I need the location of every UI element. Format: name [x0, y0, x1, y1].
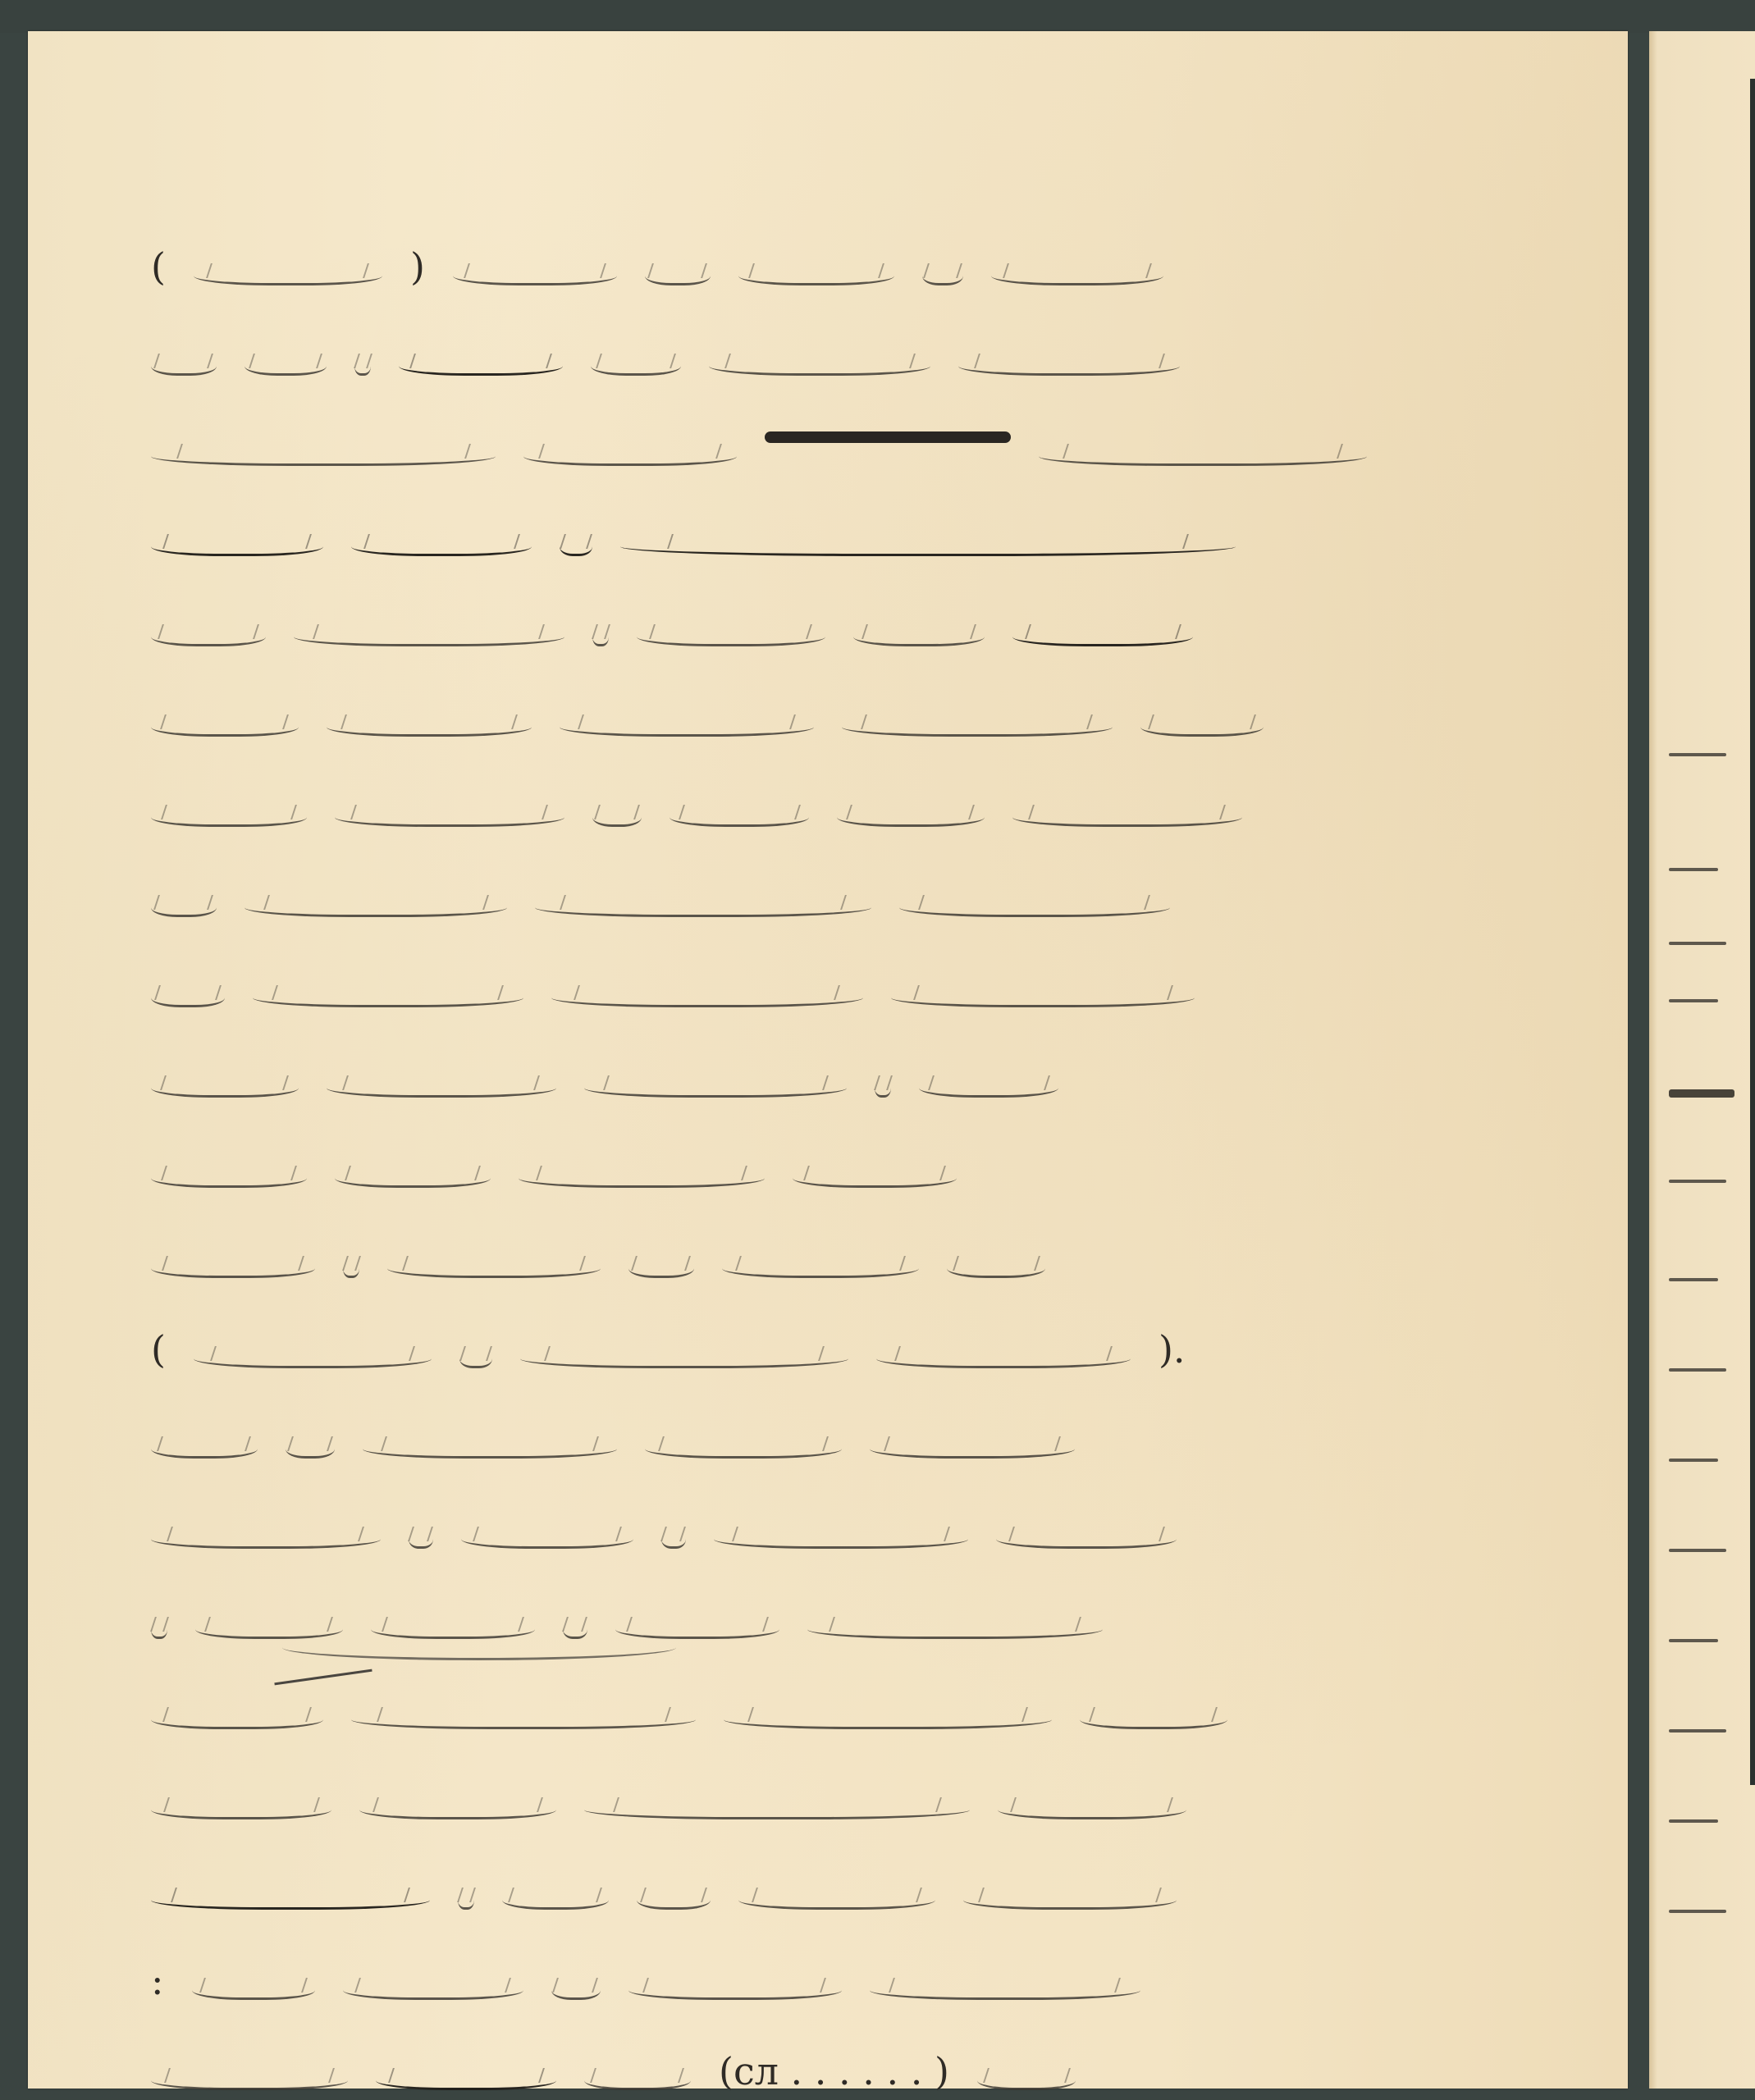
- manuscript-line-16: [151, 1590, 1103, 1639]
- page-fold-edge: [1649, 31, 1657, 2089]
- scanner-backing: [0, 0, 1755, 33]
- manuscript-line-14: [151, 1409, 1075, 1459]
- manuscript-page: ( ): [28, 31, 1628, 2089]
- manuscript-line-7: [151, 778, 1242, 827]
- manuscript-line-21: (сл . . . . . . ): [151, 2041, 1076, 2090]
- manuscript-line-15: [151, 1500, 1177, 1549]
- manuscript-line-2: [151, 326, 1180, 376]
- manuscript-line-13: ( ).: [151, 1319, 1186, 1368]
- manuscript-line-12: [151, 1229, 1045, 1278]
- manuscript-line-17: [151, 1680, 1227, 1729]
- manuscript-line-11: [151, 1139, 957, 1188]
- manuscript-line-18: [151, 1770, 1186, 1819]
- interlinear-insertion: [282, 1635, 676, 1660]
- manuscript-line-8: [151, 868, 1170, 917]
- adjacent-sheet: [1657, 31, 1755, 2089]
- manuscript-line-9: [151, 958, 1195, 1007]
- heavy-ink-mark: [1669, 1089, 1734, 1098]
- handwritten-text-block: ( ): [151, 31, 1669, 2089]
- manuscript-line-4: [151, 507, 1236, 556]
- strike-through: [765, 431, 1011, 443]
- manuscript-line-3: [151, 417, 1367, 466]
- manuscript-line-10: [151, 1048, 1058, 1098]
- manuscript-line-19: [151, 1860, 1177, 1910]
- manuscript-line-5: [151, 597, 1193, 646]
- manuscript-line-20: :: [151, 1951, 1140, 2000]
- manuscript-line-6: [151, 687, 1264, 737]
- manuscript-line-1: ( ): [151, 236, 1163, 285]
